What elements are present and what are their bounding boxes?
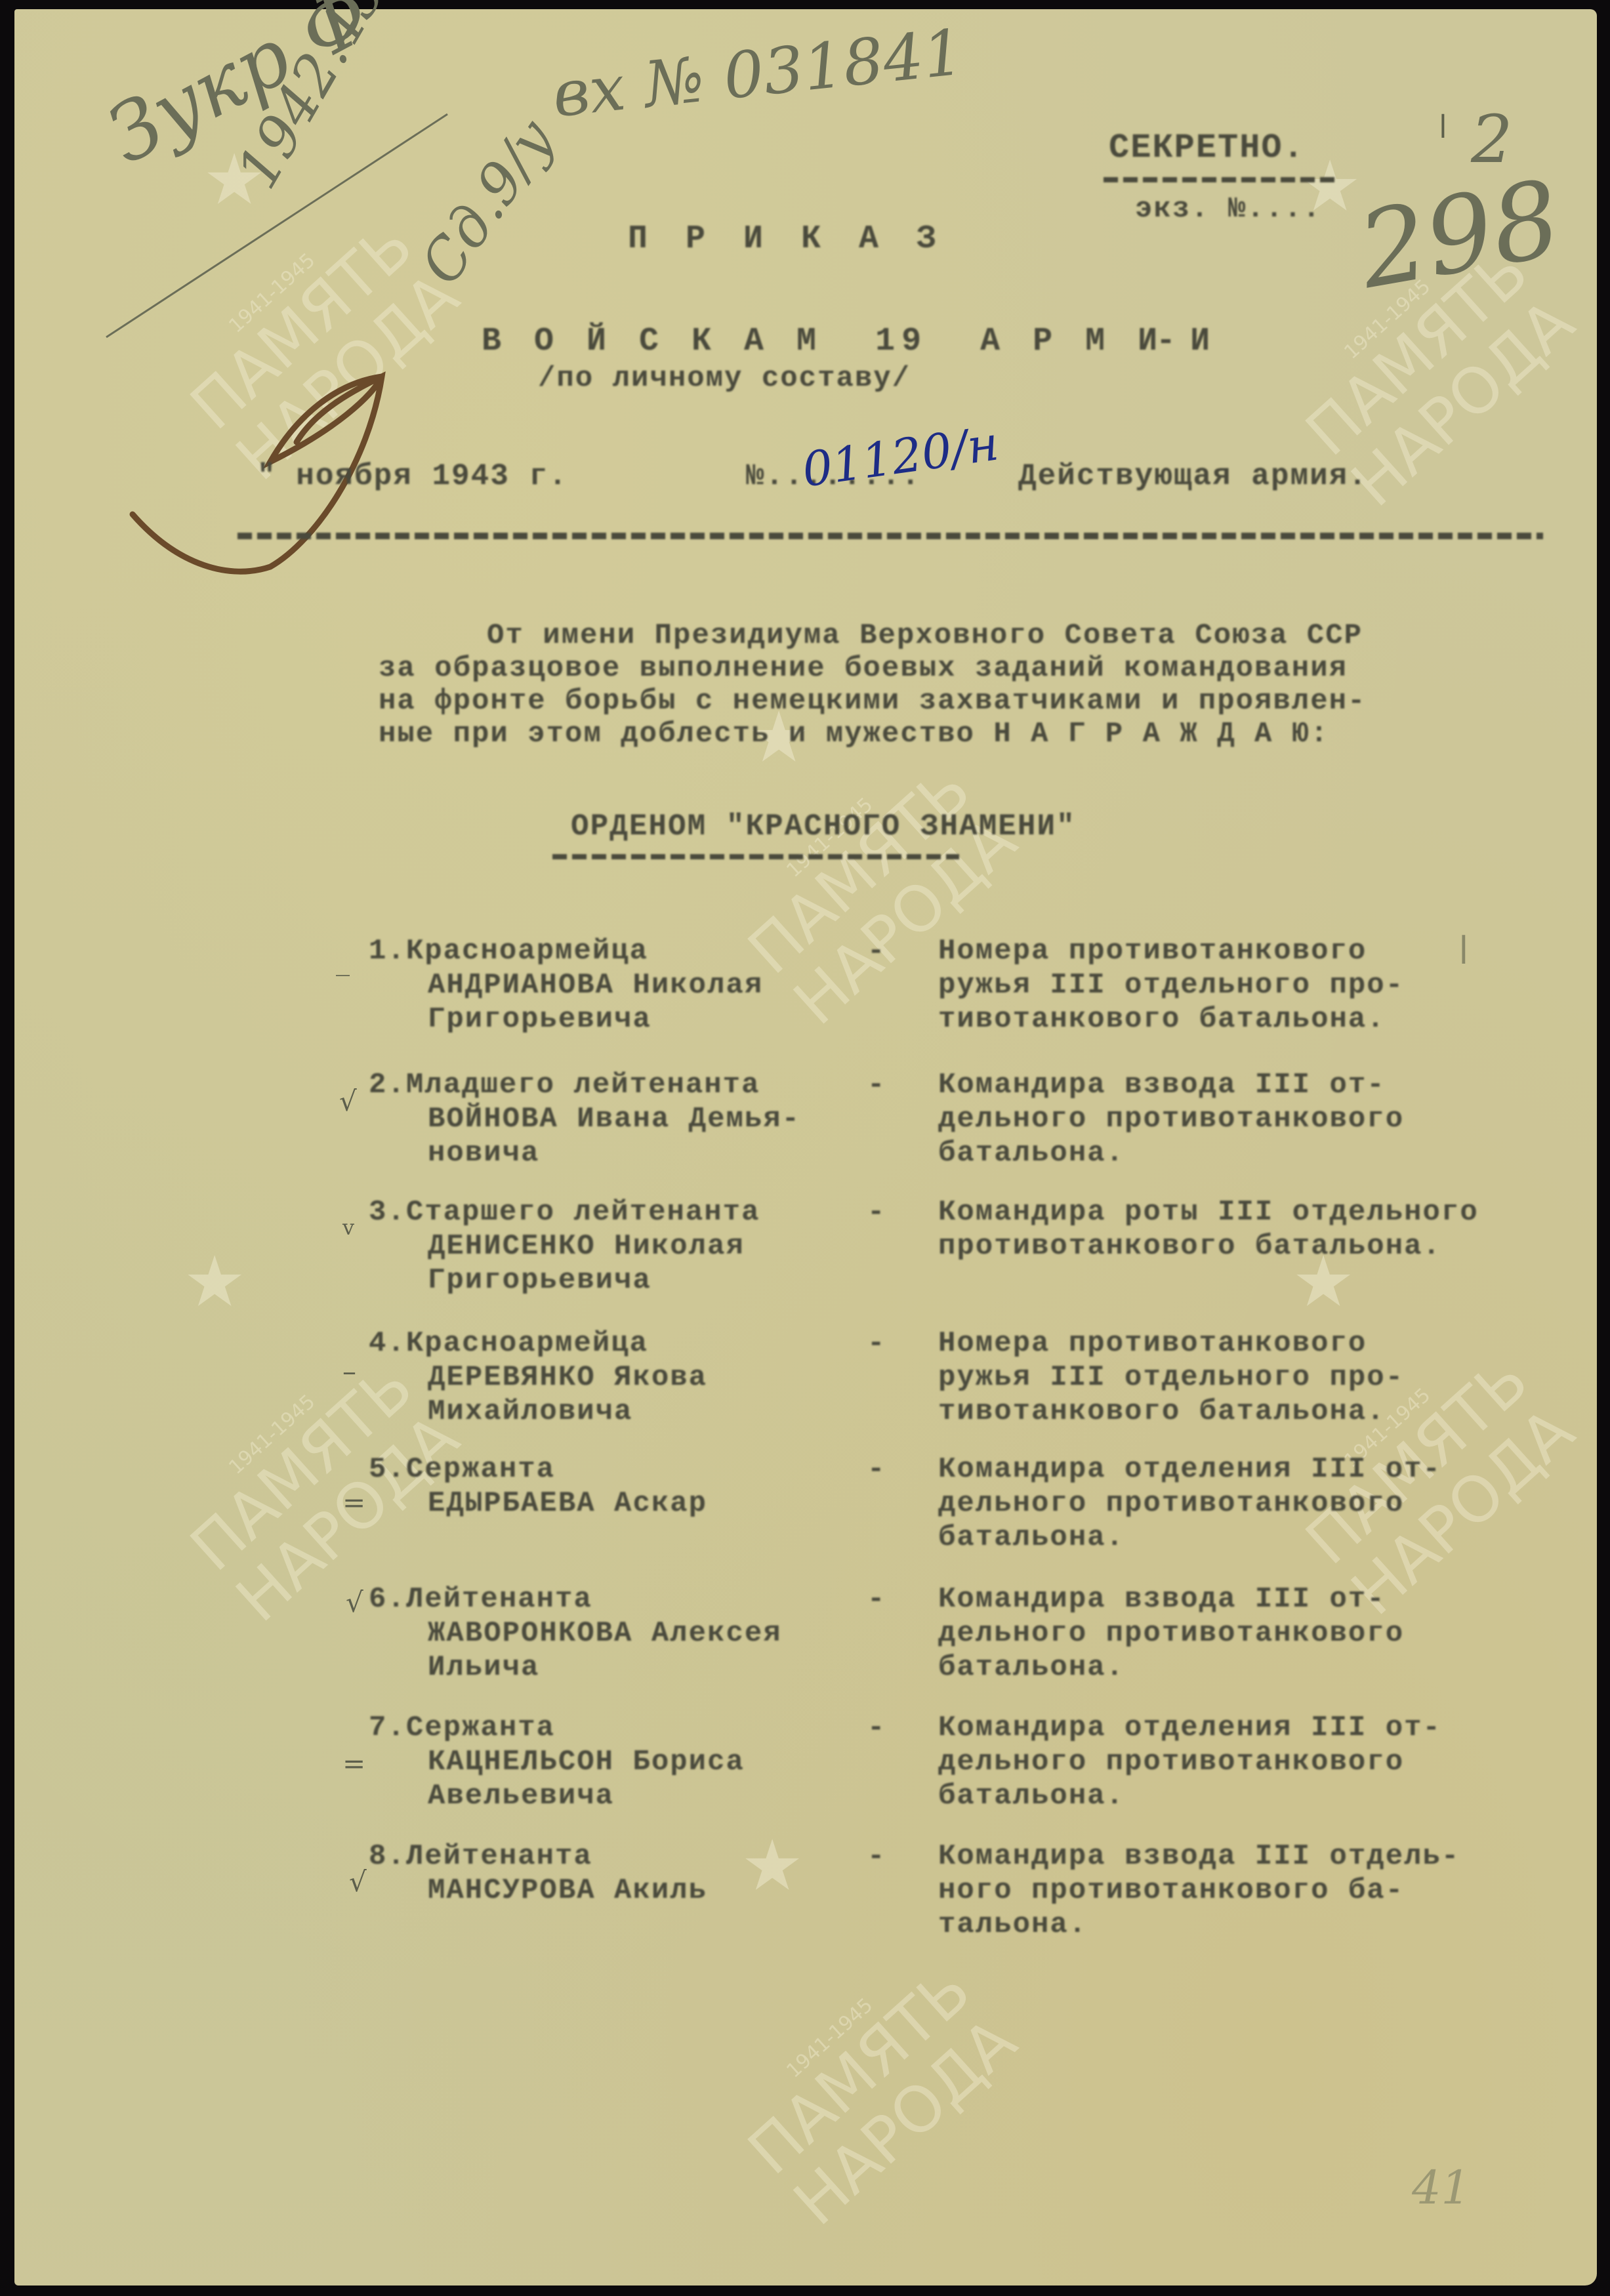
copy-number-label: экз. №.... bbox=[1135, 193, 1321, 226]
entry-name-line: ЖАВОРОНКОВА Алексея bbox=[428, 1616, 782, 1650]
diagonal-pencil-line bbox=[93, 101, 461, 350]
award-heading: ОРДЕНОМ "КРАСНОГО ЗНАМЕНИ" bbox=[571, 810, 1076, 844]
entry-position-line: Командира роты III отдельного bbox=[938, 1195, 1479, 1229]
entry-position-line: Командира взвода III от- bbox=[938, 1582, 1386, 1616]
entry-name-line: Григорьевича bbox=[428, 1002, 651, 1036]
margin-mark: √ bbox=[346, 1586, 363, 1618]
entry-position-line: батальона. bbox=[938, 1136, 1125, 1170]
entry-dash: - bbox=[867, 1711, 886, 1745]
entry-dash: - bbox=[867, 934, 886, 968]
handwritten-bottom-note: 41 bbox=[1412, 2161, 1470, 2215]
document-page: 1941-1945 ПАМЯТЬ НАРОДА ★ 1941-1945 ПАМЯ… bbox=[14, 9, 1597, 2286]
watermark-star-icon: ★ bbox=[743, 1800, 802, 1921]
entry-position-line: дельного противотанкового bbox=[938, 1616, 1404, 1650]
order-subtitle-note: /по личному составу/ bbox=[538, 362, 911, 395]
entry-position-line: Командира взвода III отдель- bbox=[938, 1839, 1460, 1874]
entry-position-line: батальона. bbox=[938, 1650, 1125, 1685]
entry-number-rank: 7.Сержанта bbox=[369, 1711, 555, 1745]
margin-mark: v bbox=[342, 1215, 354, 1240]
entry-position-line: дельного противотанкового bbox=[938, 1102, 1404, 1136]
entry-dash: - bbox=[867, 1839, 886, 1874]
entry-name-line: новича bbox=[428, 1136, 539, 1170]
watermark-pamyat-naroda: 1941-1945 ПАМЯТЬ НАРОДА bbox=[723, 1940, 1028, 2238]
entry-name-line: Григорьевича bbox=[428, 1263, 651, 1298]
pencil-vertical-mark: ǀ bbox=[1458, 928, 1470, 974]
margin-mark: = bbox=[342, 1486, 365, 1519]
entry-name-line: АНДРИАНОВА Николая bbox=[428, 968, 763, 1002]
entry-dash: - bbox=[867, 1582, 886, 1616]
entry-name-line: ВОЙНОВА Ивана Демья- bbox=[428, 1102, 800, 1136]
watermark-star-icon: ★ bbox=[185, 1216, 244, 1337]
entry-name-line: ЕДЫРБАЕВА Аскар bbox=[428, 1486, 707, 1521]
entry-position-line: противотанкового батальона. bbox=[938, 1229, 1441, 1263]
entry-dash: - bbox=[867, 1068, 886, 1102]
entry-name-line: ДЕРЕВЯНКО Якова bbox=[428, 1361, 707, 1395]
order-title: П Р И К А З bbox=[628, 220, 945, 258]
entry-position-line: Командира отделения III от- bbox=[938, 1452, 1441, 1486]
margin-mark: √ bbox=[339, 1085, 357, 1117]
handwritten-sheet-number: 298 bbox=[1350, 157, 1569, 312]
entry-position-line: дельного противотанкового bbox=[938, 1486, 1404, 1521]
entry-number-rank: 8.Лейтенанта bbox=[369, 1839, 592, 1874]
preamble-line: на фронте борьбы с немецкими захватчикам… bbox=[379, 685, 1366, 718]
order-date: " ноября 1943 г. bbox=[257, 459, 568, 493]
entry-number-rank: 4.Красноармейца bbox=[369, 1326, 648, 1361]
pencil-tick-mark: ǀ bbox=[1438, 108, 1448, 146]
classification-label: СЕКРЕТНО. bbox=[1109, 129, 1305, 167]
entry-position-line: Командира отделения III от- bbox=[938, 1711, 1441, 1745]
entry-position-line: Номера противотанкового bbox=[938, 934, 1367, 968]
entry-number-rank: 1.Красноармейца bbox=[369, 934, 648, 968]
entry-number-rank: 6.Лейтенанта bbox=[369, 1582, 592, 1616]
entry-position-line: тивотанкового батальона. bbox=[938, 1002, 1386, 1036]
subtitle-dash: - bbox=[1156, 323, 1177, 360]
preamble-line: ные при этом доблесть и мужество Н А Г Р… bbox=[379, 718, 1329, 750]
entry-name-line: Ильича bbox=[428, 1650, 539, 1685]
preamble-line: за образцовое выполнение боевых заданий … bbox=[379, 652, 1348, 685]
entry-position-line: батальона. bbox=[938, 1521, 1125, 1555]
margin-mark: √ bbox=[349, 1866, 367, 1898]
handwritten-note-incoming: вх № 031841 bbox=[549, 15, 967, 131]
entry-dash: - bbox=[867, 1452, 886, 1486]
order-location: Действующая армия. bbox=[1018, 459, 1368, 493]
entry-name-line: Авельевича bbox=[428, 1779, 614, 1813]
entry-number-rank: 3.Старшего лейтенанта bbox=[369, 1195, 760, 1229]
entry-dash: - bbox=[867, 1326, 886, 1361]
entry-position-line: ружья III отдельного про- bbox=[938, 968, 1404, 1002]
entry-position-line: Командира взвода III от- bbox=[938, 1068, 1386, 1102]
entry-name-line: Михайловича bbox=[428, 1395, 632, 1429]
preamble-line: От имени Президиума Верховного Совета Со… bbox=[487, 619, 1363, 652]
entry-position-line: тивотанкового батальона. bbox=[938, 1395, 1386, 1429]
entry-name-line: КАЦНЕЛЬСОН Бориса bbox=[428, 1745, 745, 1779]
classification-underline bbox=[1104, 177, 1340, 182]
margin-mark: – bbox=[342, 1355, 356, 1387]
header-separator bbox=[237, 533, 1543, 539]
entry-position-line: Номера противотанкового bbox=[938, 1326, 1367, 1361]
entry-position-line: ного противотанкового ба- bbox=[938, 1874, 1404, 1908]
award-heading-underline bbox=[552, 854, 959, 859]
entry-name-line: ДЕНИСЕНКО Николая bbox=[428, 1229, 745, 1263]
entry-name-line: МАНСУРОВА Акиль bbox=[428, 1874, 707, 1908]
margin-mark: _ bbox=[336, 944, 350, 976]
margin-mark: = bbox=[342, 1748, 365, 1780]
entry-dash: - bbox=[867, 1195, 886, 1229]
entry-position-line: батальона. bbox=[938, 1779, 1125, 1813]
entry-position-line: дельного противотанкового bbox=[938, 1745, 1404, 1779]
entry-position-line: тальона. bbox=[938, 1908, 1087, 1942]
entry-position-line: ружья III отдельного про- bbox=[938, 1361, 1404, 1395]
order-subtitle: В О Й С К А М 19 А Р М И И bbox=[482, 323, 1216, 360]
entry-number-rank: 5.Сержанта bbox=[369, 1452, 555, 1486]
entry-number-rank: 2.Младшего лейтенанта bbox=[369, 1068, 760, 1102]
